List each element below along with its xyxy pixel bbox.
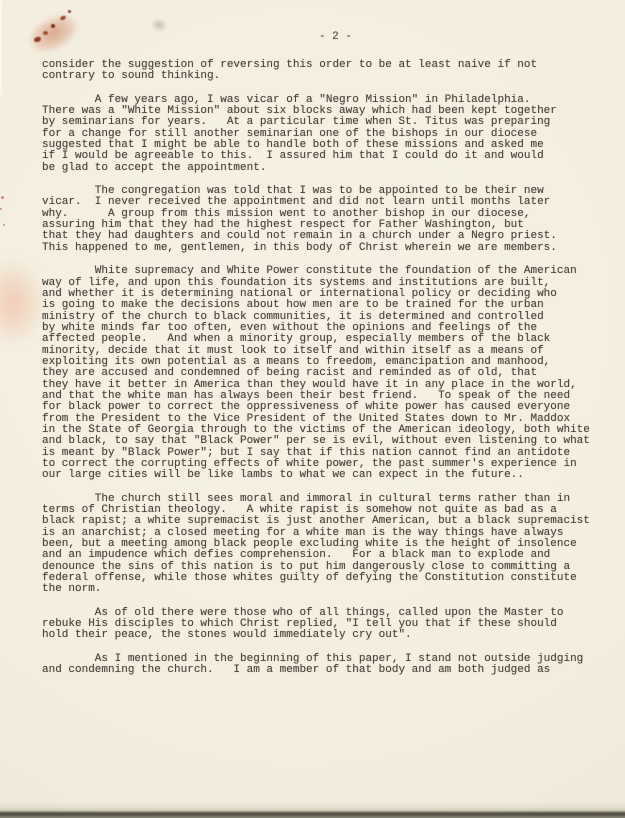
document-body: consider the suggestion of reversing thi…: [42, 60, 602, 689]
paragraph-5: The church still sees moral and immoral …: [42, 494, 602, 596]
paragraph-1: consider the suggestion of reversing thi…: [42, 60, 602, 83]
left-scan-edge: [0, 0, 2, 95]
scanned-page: - 2 - consider the suggestion of reversi…: [0, 0, 625, 818]
paragraph-2: A few years ago, I was vicar of a "Negro…: [42, 95, 602, 174]
ink-stain-speck: [68, 10, 71, 13]
paragraph-3: The congregation was told that I was to …: [42, 186, 602, 254]
ink-stain-speck: [51, 24, 55, 28]
bottom-scan-edge: [0, 802, 625, 818]
page-number: - 2 -: [0, 31, 625, 43]
paragraph-4: White supremacy and White Power constitu…: [42, 266, 602, 482]
paragraph-7: As I mentioned in the beginning of this …: [42, 654, 602, 677]
pink-smudge-stain: [0, 262, 42, 342]
paragraph-6: As of old there were those who of all th…: [42, 608, 602, 642]
red-speck: [3, 224, 5, 226]
red-speck: [1, 196, 4, 199]
red-speck: [0, 208, 2, 210]
ink-stain: [26, 6, 84, 54]
